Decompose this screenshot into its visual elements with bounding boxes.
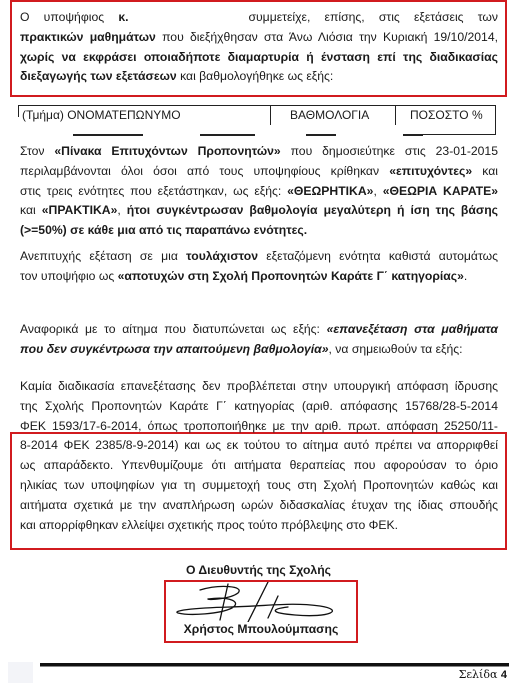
text-line: διεξαγωγής των εξετάσεων και βαθμολογήθη… [20, 67, 498, 87]
results-table-header: (Τμήμα) ΟΝΟΜΑΤΕΠΩΝΥΜΟ ΒΑΘΜΟΛΟΓΙΑ ΠΟΣΟΣΤΟ… [18, 103, 498, 129]
text-line: ηλικίας των υποψηφίων για τη συμμετοχή τ… [20, 476, 498, 496]
table-border [495, 105, 496, 135]
text-line: Αναφορικά με το αίτημα που διατυπώνεται … [20, 320, 498, 340]
text-line: πρακτικών μαθημάτων που διεξήχθησαν στα … [20, 28, 498, 48]
table-border [18, 105, 496, 106]
table-border [73, 134, 143, 136]
table-border [403, 134, 423, 136]
text-line: (>=50%) σε κάθε μια από τις παραπάνω ενό… [20, 221, 498, 241]
table-border [200, 134, 255, 136]
handwritten-signature-icon [170, 582, 350, 622]
text-line: 8-2014 ΦΕΚ 2385/8-9-2014) και ως εκ τούτ… [20, 436, 498, 456]
table-separator [270, 105, 271, 125]
text-line: Ανεπιτυχής εξέταση σε μια τουλάχιστον εξ… [20, 247, 498, 267]
column-header-percentage: ΠΟΣΟΣΤΟ % [410, 108, 483, 122]
text-line: Ο υποψήφιος κ.συμμετείχε, επίσης, στις ε… [20, 8, 498, 28]
paragraph-success-table: Στον «Πίνακα Επιτυχόντων Προπονητών» που… [20, 142, 498, 241]
scan-artifact [8, 662, 33, 683]
text-line: ως απαράδεκτο. Υπενθυμίζουμε ότι αιτήματ… [20, 456, 498, 476]
text-line: της Σχολής Προπονητών Καράτε Γ΄ κατηγορί… [20, 397, 498, 417]
paragraph-participation: Ο υποψήφιος κ.συμμετείχε, επίσης, στις ε… [20, 8, 498, 87]
table-border [18, 105, 19, 117]
table-border [306, 134, 336, 136]
text-line: αιτήματα σχετικά με την αναπλήρωση ωρών … [20, 496, 498, 516]
text-line: περιλαμβάνονται όλοι όσοι από τους υποψη… [20, 162, 498, 182]
paragraph-no-reexamination-body: Καμία διαδικασία επανεξέτασης δεν προβλέ… [20, 377, 498, 535]
text-line: Καμία διαδικασία επανεξέτασης δεν προβλέ… [20, 377, 498, 397]
column-header-grade: ΒΑΘΜΟΛΟΓΙΑ [290, 108, 369, 122]
text-line: τον υποψήφιο ως «αποτυχών στη Σχολή Προπ… [20, 267, 498, 287]
text-line: και απορρίφθηκαν ελλείψει σχετικής προς … [20, 516, 498, 536]
text-line: και «ΠΡΑΚΤΙΚΑ», ήτοι συγκέντρωσαν βαθμολ… [20, 201, 498, 221]
table-border [423, 134, 496, 135]
page-number: Σελίδα 4 [459, 668, 507, 681]
text-line: Στον «Πίνακα Επιτυχόντων Προπονητών» που… [20, 142, 498, 162]
paragraph-request: Αναφορικά με το αίτημα που διατυπώνεται … [20, 320, 498, 360]
text-line: χωρίς να εκφράσει οποιαδήποτε διαμαρτυρί… [20, 48, 498, 68]
text-line: στις τρεις ενότητες που εξετάστηκαν, ως … [20, 182, 498, 202]
column-header-name: (Τμήμα) ΟΝΟΜΑΤΕΠΩΝΥΜΟ [22, 108, 181, 122]
footer-divider [40, 666, 509, 667]
paragraph-failure-rule: Ανεπιτυχής εξέταση σε μια τουλάχιστον εξ… [20, 247, 498, 287]
text-line: ΦΕΚ 1593/17-6-2014, όπως τροποποιήθηκε μ… [20, 417, 498, 437]
table-separator [395, 105, 396, 125]
signer-title: Ο Διευθυντής της Σχολής [0, 563, 517, 577]
signer-name: Χρήστος Μπουλούμπασης [164, 622, 358, 636]
text-line: που δεν συγκέντρωσα την απαιτούμενη βαθμ… [20, 340, 498, 360]
